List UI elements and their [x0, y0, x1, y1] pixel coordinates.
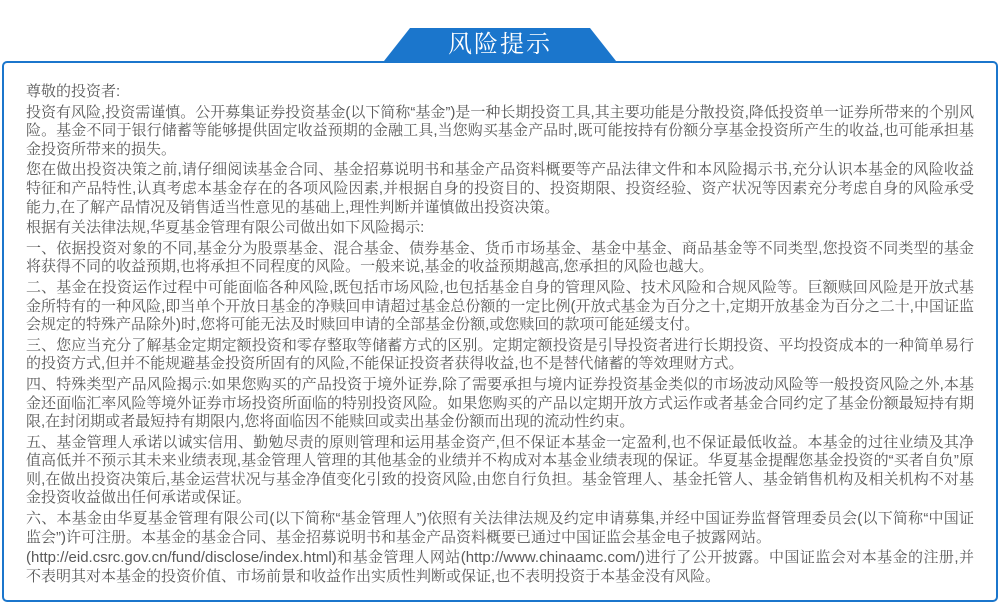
salutation: 尊敬的投资者: — [26, 83, 974, 102]
paragraph-intro-risk: 投资有风险,投资需谨慎。公开募集证券投资基金(以下简称“基金”)是一种长期投资工… — [26, 104, 974, 160]
paragraph-item-5: 五、基金管理人承诺以诚实信用、勤勉尽责的原则管理和运用基金资产,但不保证本基金一… — [26, 434, 974, 508]
risk-banner: 风险提示 — [384, 28, 616, 61]
paragraph-item-2: 二、基金在投资运作过程中可能面临各种风险,既包括市场风险,也包括基金自身的管理风… — [26, 279, 974, 335]
paragraph-item-3: 三、您应当充分了解基金定期定额投资和零存整取等储蓄方式的区别。定期定额投资是引导… — [26, 337, 974, 374]
paragraph-item-1: 一、依据投资对象的不同,基金分为股票基金、混合基金、债券基金、货币市场基金、基金… — [26, 240, 974, 277]
page-title: 风险提示 — [448, 31, 552, 58]
paragraph-disclosure-urls: (http://eid.csrc.gov.cn/fund/disclose/in… — [26, 549, 974, 586]
paragraph-read-documents: 您在做出投资决策之前,请仔细阅读基金合同、基金招募说明书和基金产品资料概要等产品… — [26, 161, 974, 217]
paragraph-item-6: 六、本基金由华夏基金管理有限公司(以下简称“基金管理人”)依照有关法律法规及约定… — [26, 510, 974, 547]
paragraph-item-4: 四、特殊类型产品风险揭示:如果您购买的产品投资于境外证券,除了需要承担与境内证券… — [26, 376, 974, 432]
risk-disclosure-panel: 尊敬的投资者: 投资有风险,投资需谨慎。公开募集证券投资基金(以下简称“基金”)… — [2, 61, 998, 602]
paragraph-legal-basis: 根据有关法律法规,华夏基金管理有限公司做出如下风险揭示: — [26, 219, 974, 238]
risk-disclosure-page: 风险提示 尊敬的投资者: 投资有风险,投资需谨慎。公开募集证券投资基金(以下简称… — [0, 0, 1000, 606]
